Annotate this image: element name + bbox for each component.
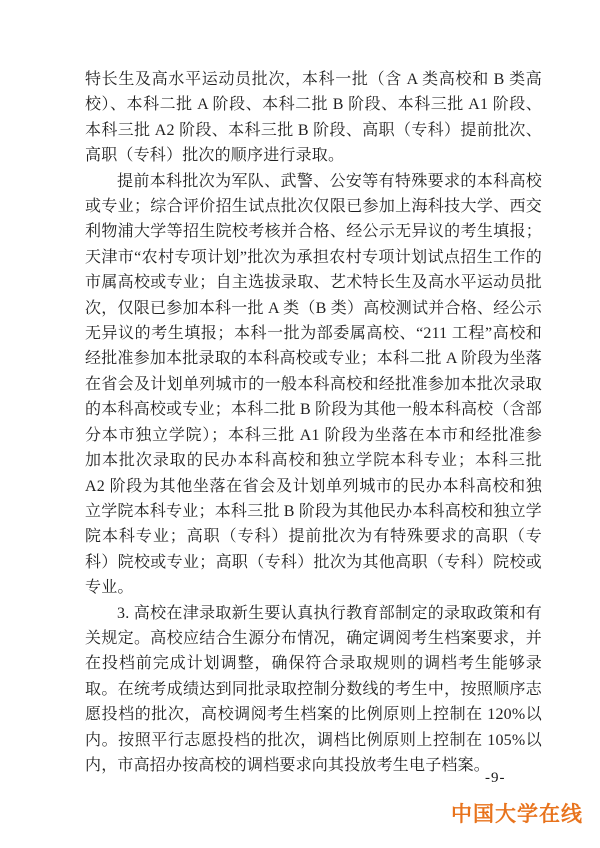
paragraph-batch-definitions: 提前本科批次为军队、武警、公安等有特殊要求的本科高校或专业；综合评价招生试点批次… [85,169,542,601]
watermark-site-name: 中国大学在线 [451,798,583,828]
document-page: 特长生及高水平运动员批次，本科一批（含 A 类高校和 B 类高校）、本科二批 A… [0,0,600,848]
paragraph-item-3-admission-policy: 3. 高校在津录取新生要认真执行教育部制定的录取政策和有关规定。高校应结合生源分… [85,601,542,779]
paragraph-admission-batch-order: 特长生及高水平运动员批次，本科一批（含 A 类高校和 B 类高校）、本科二批 A… [85,67,542,169]
page-number: -9- [485,770,506,787]
document-body-text: 特长生及高水平运动员批次，本科一批（含 A 类高校和 B 类高校）、本科二批 A… [85,67,542,778]
